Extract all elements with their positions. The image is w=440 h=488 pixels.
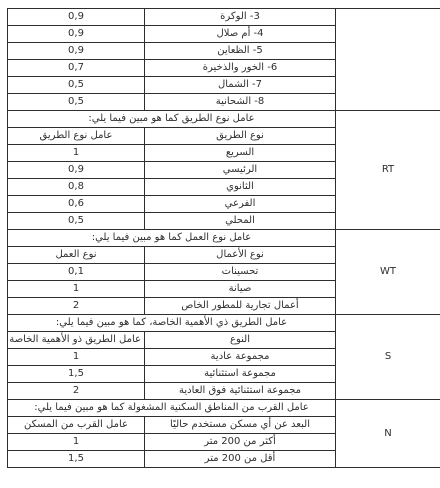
section-title-row: S عامل الطريق ذي الأهمية الخاصة، كما هو … (8, 315, 440, 332)
column-header-label: النوع (145, 332, 336, 349)
factor-value: 0,9 (8, 162, 145, 179)
section-title-row: RT عامل نوع الطريق كما هو مبين فيما يلي: (8, 111, 440, 128)
group-type-label: مجموعة استثنائية فوق العادية (145, 383, 336, 400)
factor-value: 0,6 (8, 196, 145, 213)
column-header-label: نوع الطريق (145, 128, 336, 145)
region-label: 6- الخور والذخيرة (145, 60, 336, 77)
distance-label: أقل من 200 متر (145, 451, 336, 468)
region-label: 7- الشمال (145, 77, 336, 94)
factor-value: 1,5 (8, 366, 145, 383)
region-label: 8- الشحانية (145, 94, 336, 111)
section-title: عامل الطريق ذي الأهمية الخاصة، كما هو مب… (8, 315, 336, 332)
factor-value: 1,5 (8, 451, 145, 468)
factor-value: 0,5 (8, 94, 145, 111)
factor-code-cell: WT (336, 230, 440, 315)
region-label: 5- الظعاين (145, 43, 336, 60)
road-type-label: الثانوي (145, 179, 336, 196)
factor-code-cell: S (336, 315, 440, 400)
table-row: 3- الوكرة 0,9 (8, 9, 440, 26)
region-label: 3- الوكرة (145, 9, 336, 26)
factors-table: 3- الوكرة 0,9 4- أم صلال 0,9 5- الظعاين … (7, 8, 440, 468)
column-header-value: عامل القرب من المسكن (8, 417, 145, 434)
section-title: عامل نوع الطريق كما هو مبين فيما يلي: (8, 111, 336, 128)
factor-code-cell (336, 9, 440, 111)
section-title-row: WT عامل نوع العمل كما هو مبين فيما يلي: (8, 230, 440, 247)
factor-value: 0,7 (8, 60, 145, 77)
factor-value: 1 (8, 281, 145, 298)
column-header-label: نوع الأعمال (145, 247, 336, 264)
factor-value: 2 (8, 298, 145, 315)
factor-value: 0,1 (8, 264, 145, 281)
work-type-label: تحسينات (145, 264, 336, 281)
road-type-label: الرئيسي (145, 162, 336, 179)
section-title-row: N عامل القرب من المناطق السكنية المشغولة… (8, 400, 440, 417)
factor-value: 1 (8, 349, 145, 366)
work-type-label: أعمال تجارية للمطور الخاص (145, 298, 336, 315)
factor-value: 0,9 (8, 9, 145, 26)
factor-code-cell: RT (336, 111, 440, 230)
group-type-label: مجموعة استثنائية (145, 366, 336, 383)
column-header-value: عامل نوع الطريق (8, 128, 145, 145)
factor-value: 1 (8, 434, 145, 451)
factor-value: 2 (8, 383, 145, 400)
column-header-value: عامل الطريق ذو الأهمية الخاصة (8, 332, 145, 349)
factor-value: 0,5 (8, 213, 145, 230)
column-header-label: البعد عن أي مسكن مستخدم حاليًا (145, 417, 336, 434)
factor-value: 0,8 (8, 179, 145, 196)
factor-value: 0,9 (8, 26, 145, 43)
region-label: 4- أم صلال (145, 26, 336, 43)
road-type-label: السريع (145, 145, 336, 162)
section-title: عامل نوع العمل كما هو مبين فيما يلي: (8, 230, 336, 247)
road-type-label: الفرعي (145, 196, 336, 213)
section-title: عامل القرب من المناطق السكنية المشغولة ك… (8, 400, 336, 417)
group-type-label: مجموعة عادية (145, 349, 336, 366)
factor-value: 1 (8, 145, 145, 162)
work-type-label: صيانة (145, 281, 336, 298)
factor-value: 0,5 (8, 77, 145, 94)
distance-label: أكثر من 200 متر (145, 434, 336, 451)
factor-value: 0,9 (8, 43, 145, 60)
factor-code-cell: N (336, 400, 440, 468)
road-type-label: المحلي (145, 213, 336, 230)
column-header-value: نوع العمل (8, 247, 145, 264)
